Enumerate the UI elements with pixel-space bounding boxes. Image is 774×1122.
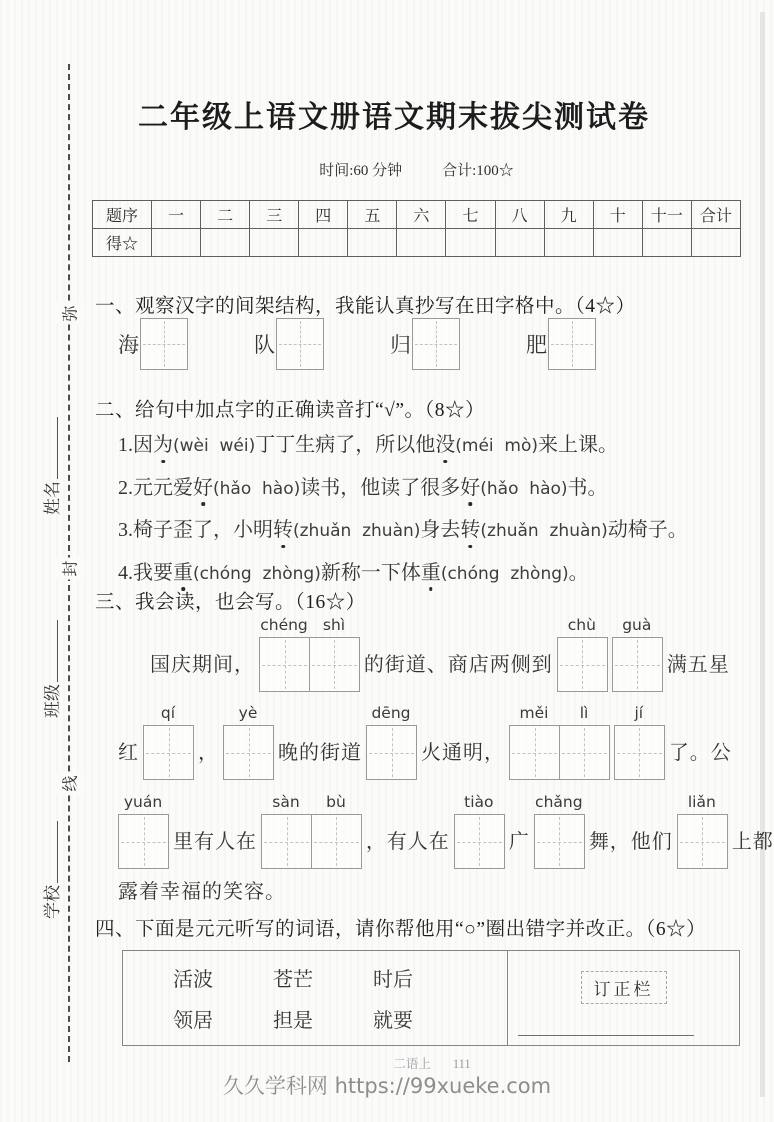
pinyin-label: chǎng <box>534 793 584 814</box>
sentence-text: 读书，他读了很多 <box>300 477 460 499</box>
pinyin-row: sànbù <box>261 793 362 814</box>
score-column-header: 十一 <box>642 201 691 229</box>
tian-grid-cell <box>612 637 663 692</box>
grid-box-row <box>612 637 663 692</box>
tian-grid-cell <box>143 725 194 780</box>
tian-grid-cell <box>559 725 610 780</box>
pinyin-options: (zhuǎn zhuàn) <box>480 521 607 541</box>
pinyin-options: (zhuǎn zhuàn) <box>293 521 420 541</box>
pinyin-row: chù <box>557 616 608 637</box>
tian-grid-cell <box>509 725 560 780</box>
fill-line-text: 火通明， <box>421 736 505 780</box>
tian-grid-cell <box>614 725 665 780</box>
pinyin-label: yuán <box>118 793 168 814</box>
sentence-text: 动椅子。 <box>608 519 688 541</box>
tian-grid-cell <box>309 637 360 692</box>
name-field-label: 姓名 <box>43 481 62 515</box>
total-label: 合计:100☆ <box>442 163 514 179</box>
fill-blank-group: jí <box>614 704 665 780</box>
pinyin-label: lì <box>559 704 609 725</box>
score-row-label: 得☆ <box>93 229 152 257</box>
score-header-row: 题序 一二三四五六七八九十十一合计 <box>93 201 741 229</box>
tian-grid-box <box>412 318 460 370</box>
pinyin-label: chù <box>557 616 607 637</box>
model-character: 队 <box>254 329 275 359</box>
dictation-word: 担是 <box>273 1004 313 1033</box>
seal-char-xian: 线 <box>54 773 85 795</box>
tian-grid-cell <box>557 637 608 692</box>
dictation-word: 苍芒 <box>273 963 313 992</box>
score-empty-cell <box>299 229 348 257</box>
class-field: 班级 <box>38 586 58 718</box>
section4-heading: 四、下面是元元听写的词语，请你帮他用“○”圈出错字并改正。（6☆） <box>95 913 706 941</box>
tian-grid-box <box>276 318 324 370</box>
dictation-word: 时后 <box>373 963 413 992</box>
tian-grid-cell <box>366 725 417 780</box>
tian-grid-cell <box>534 814 585 869</box>
fill-blank-group: qí <box>143 704 194 780</box>
score-column-header: 二 <box>201 201 250 229</box>
sentence-text: 重 <box>421 562 441 584</box>
tian-grid-box <box>548 318 596 370</box>
fill-line-text: 里有人在 <box>173 825 257 869</box>
fill-line-text: 晚的街道 <box>278 736 362 780</box>
grid-box-row <box>118 814 169 869</box>
dictation-word: 就要 <box>373 1004 413 1033</box>
score-column-header: 一 <box>152 201 201 229</box>
grid-box-row <box>509 725 610 780</box>
sentence-text: 转 <box>273 519 293 541</box>
section4-dictation-box: 活波苍芒时后领居担是就要 订正栏 <box>122 950 740 1046</box>
score-empty-cell <box>348 229 397 257</box>
pinyin-row: tiào <box>454 793 505 814</box>
score-corner-label: 题序 <box>93 201 152 229</box>
tian-grid-cell <box>223 725 274 780</box>
fill-blank-group: měilì <box>509 704 610 780</box>
section3-line-3: yuán里有人在sànbù，有人在tiào广chǎng舞，他们liǎn上都 <box>118 793 774 869</box>
pinyin-options: (hǎo hào) <box>213 479 300 499</box>
pinyin-row: liǎn <box>677 793 728 814</box>
sentence-text: 转 <box>460 519 480 541</box>
sentence-text: 没 <box>435 434 455 456</box>
exam-meta: 时间:60 分钟合计:100☆ <box>92 159 741 180</box>
pinyin-label: shì <box>309 616 359 637</box>
grid-box-row <box>366 725 417 780</box>
dictation-words: 活波苍芒时后领居担是就要 <box>123 951 508 1045</box>
copy-pair: 海 <box>118 318 188 370</box>
sentence-text: 。 <box>569 562 589 584</box>
score-column-header: 九 <box>544 201 593 229</box>
score-empty-cell <box>593 229 642 257</box>
section2-heading: 二、给句中加点字的正确读音打“√”。（8☆） <box>95 394 485 422</box>
pinyin-options: (wèi wéi) <box>173 436 255 456</box>
sentence-item: 1.因为(wèi wéi)丁丁生病了，所以他没(méi mò)来上课。 <box>118 428 688 455</box>
fill-blank-group: chéngshì <box>259 616 360 692</box>
fill-line-text: 国庆期间， <box>150 648 255 692</box>
pinyin-label: liǎn <box>677 793 727 814</box>
fill-blank-group: yuán <box>118 793 169 869</box>
fill-blank-group: liǎn <box>677 793 728 869</box>
grid-box-row <box>534 814 585 869</box>
exam-page: { "page": { "title": "二年级上语文册语文期末拔尖测试卷",… <box>0 0 774 1122</box>
score-empty-cell <box>544 229 593 257</box>
fill-line-text: 舞，他们 <box>589 825 673 869</box>
sentence-text: 丁丁生病了，所以他 <box>255 434 435 456</box>
model-character: 归 <box>390 329 411 359</box>
dictation-word-row: 领居担是就要 <box>173 1004 507 1033</box>
score-column-header: 六 <box>397 201 446 229</box>
pinyin-row: qí <box>143 704 194 725</box>
score-empty-cell <box>446 229 495 257</box>
pinyin-label: jí <box>614 704 664 725</box>
tian-grid-cell <box>454 814 505 869</box>
fill-line-text: 了。公 <box>669 736 732 780</box>
score-score-row: 得☆ <box>93 229 741 257</box>
grid-box-row <box>259 637 360 692</box>
copy-pair: 肥 <box>526 318 596 370</box>
sentence-text: 好 <box>193 477 213 499</box>
score-empty-cell <box>642 229 691 257</box>
score-empty-cell <box>691 229 740 257</box>
watermark-text: 久久学科网 https://99xueke.com <box>0 1070 774 1100</box>
score-empty-cell <box>152 229 201 257</box>
tian-grid-cell <box>261 814 312 869</box>
fill-line-text: ，有人在 <box>366 825 450 869</box>
grid-box-row <box>454 814 505 869</box>
tian-grid-cell <box>259 637 310 692</box>
tian-grid-box <box>140 318 188 370</box>
copy-pair: 归 <box>390 318 460 370</box>
model-character: 肥 <box>526 329 547 359</box>
section2-items: 1.因为(wèi wéi)丁丁生病了，所以他没(méi mò)来上课。2.元元爱… <box>118 428 688 598</box>
school-blank-line <box>43 821 58 883</box>
pinyin-label: chéng <box>259 616 309 637</box>
score-column-header: 七 <box>446 201 495 229</box>
pinyin-row: chǎng <box>534 793 585 814</box>
sentence-text: 为 <box>153 434 173 456</box>
dictation-word: 活波 <box>173 963 213 992</box>
tian-grid-cell <box>677 814 728 869</box>
pinyin-label: sàn <box>261 793 311 814</box>
section1-heading: 一、观察汉字的间架结构，我能认真抄写在田字格中。（4☆） <box>95 290 636 318</box>
class-field-label: 班级 <box>43 684 62 718</box>
pinyin-row: guà <box>612 616 663 637</box>
name-field: 姓名 <box>38 383 58 515</box>
pinyin-row: yè <box>223 704 274 725</box>
model-character: 海 <box>118 329 139 359</box>
pinyin-options: (chóng zhòng) <box>441 564 569 584</box>
time-label: 时间:60 分钟 <box>319 163 402 179</box>
tian-grid-cell <box>118 814 169 869</box>
pinyin-options: (hǎo hào) <box>480 479 567 499</box>
sentence-text: 4.我要 <box>118 562 173 584</box>
pinyin-row: chéngshì <box>259 616 360 637</box>
pinyin-row: dēng <box>366 704 417 725</box>
seal-char-feng: 封 <box>54 558 85 580</box>
score-empty-cell <box>201 229 250 257</box>
fill-blank-group: dēng <box>366 704 417 780</box>
school-field-label: 学校 <box>43 885 62 919</box>
fill-line-text: 红 <box>118 736 139 780</box>
dictation-word-row: 活波苍芒时后 <box>173 963 507 992</box>
copy-pair: 队 <box>254 318 324 370</box>
pinyin-options: (méi mò) <box>455 436 538 456</box>
fill-blank-group: sànbù <box>261 793 362 869</box>
score-column-header: 合计 <box>691 201 740 229</box>
fill-line-text: 广 <box>509 825 530 869</box>
pinyin-label: guà <box>612 616 662 637</box>
grid-box-row <box>143 725 194 780</box>
page-title: 二年级上语文册语文期末拔尖测试卷 <box>0 92 774 136</box>
dictation-word: 领居 <box>173 1004 213 1033</box>
score-empty-cell <box>250 229 299 257</box>
score-empty-cell <box>495 229 544 257</box>
sentence-text: 3.椅子歪了，小明 <box>118 519 273 541</box>
pinyin-label: měi <box>509 704 559 725</box>
fill-line-text: 上都 <box>732 825 774 869</box>
grid-box-row <box>557 637 608 692</box>
pinyin-label: dēng <box>366 704 416 725</box>
sentence-text: 身去 <box>420 519 460 541</box>
name-blank-line <box>43 417 58 479</box>
section3-line-2: 红qí，yè晚的街道dēng火通明，měilìjí了。公 <box>118 704 732 780</box>
correction-label: 订正栏 <box>581 971 667 1004</box>
grid-box-row <box>614 725 665 780</box>
score-column-header: 四 <box>299 201 348 229</box>
grid-box-row <box>261 814 362 869</box>
sentence-text: 来上课。 <box>538 434 618 456</box>
score-column-header: 十 <box>593 201 642 229</box>
fill-line-text: 的街道、商店两侧到 <box>364 648 553 692</box>
pinyin-label: bù <box>311 793 361 814</box>
sentence-item: 2.元元爱好(hǎo hào)读书，他读了很多好(hǎo hào)书。 <box>118 471 688 498</box>
sentence-text: 书。 <box>568 477 608 499</box>
score-column-header: 五 <box>348 201 397 229</box>
fill-line-text: 满五星 <box>667 648 730 692</box>
sentence-text: 好 <box>460 477 480 499</box>
sentence-text: 新称一下体 <box>321 562 421 584</box>
section3-line-1: 国庆期间，chéngshì的街道、商店两侧到chùguà满五星 <box>150 616 730 692</box>
fill-blank-group: tiào <box>454 793 505 869</box>
class-blank-line <box>43 620 58 682</box>
score-table: 题序 一二三四五六七八九十十一合计 得☆ <box>92 200 741 257</box>
pinyin-row: jí <box>614 704 665 725</box>
pinyin-row: měilì <box>509 704 610 725</box>
sentence-text: 2.元元爱 <box>118 477 193 499</box>
correction-area: 订正栏 <box>508 951 739 1045</box>
correction-blank-line <box>518 1035 694 1036</box>
grid-box-row <box>223 725 274 780</box>
fill-blank-group: guà <box>612 616 663 692</box>
sentence-text: 1.因 <box>118 434 153 456</box>
sentence-text: 重 <box>173 562 193 584</box>
score-column-header: 八 <box>495 201 544 229</box>
tian-grid-cell <box>311 814 362 869</box>
pinyin-label: yè <box>223 704 273 725</box>
sentence-item: 4.我要重(chóng zhòng)新称一下体重(chóng zhòng)。 <box>118 556 688 583</box>
pinyin-label: tiào <box>454 793 504 814</box>
pinyin-options: (chóng zhòng) <box>193 564 321 584</box>
footer-page-number: 111 <box>453 1057 471 1071</box>
fill-blank-group: chù <box>557 616 608 692</box>
fill-blank-group: chǎng <box>534 793 585 869</box>
fill-blank-group: yè <box>223 704 274 780</box>
pinyin-label: qí <box>143 704 193 725</box>
school-field: 学校 <box>38 787 58 919</box>
pinyin-row: yuán <box>118 793 169 814</box>
footer-book-label: 二语上 <box>393 1057 431 1071</box>
section1-grid-row: 海队归肥 <box>118 318 596 370</box>
score-column-header: 三 <box>250 201 299 229</box>
section3-heading: 三、我会读，也会写。（16☆） <box>95 586 366 614</box>
seal-char-mi: 弥 <box>54 303 85 325</box>
sentence-item: 3.椅子歪了，小明转(zhuǎn zhuàn)身去转(zhuǎn zhuàn)动… <box>118 513 688 540</box>
score-empty-cell <box>397 229 446 257</box>
scan-edge-strip <box>760 12 765 1097</box>
fill-line-text: ， <box>198 736 219 780</box>
grid-box-row <box>677 814 728 869</box>
